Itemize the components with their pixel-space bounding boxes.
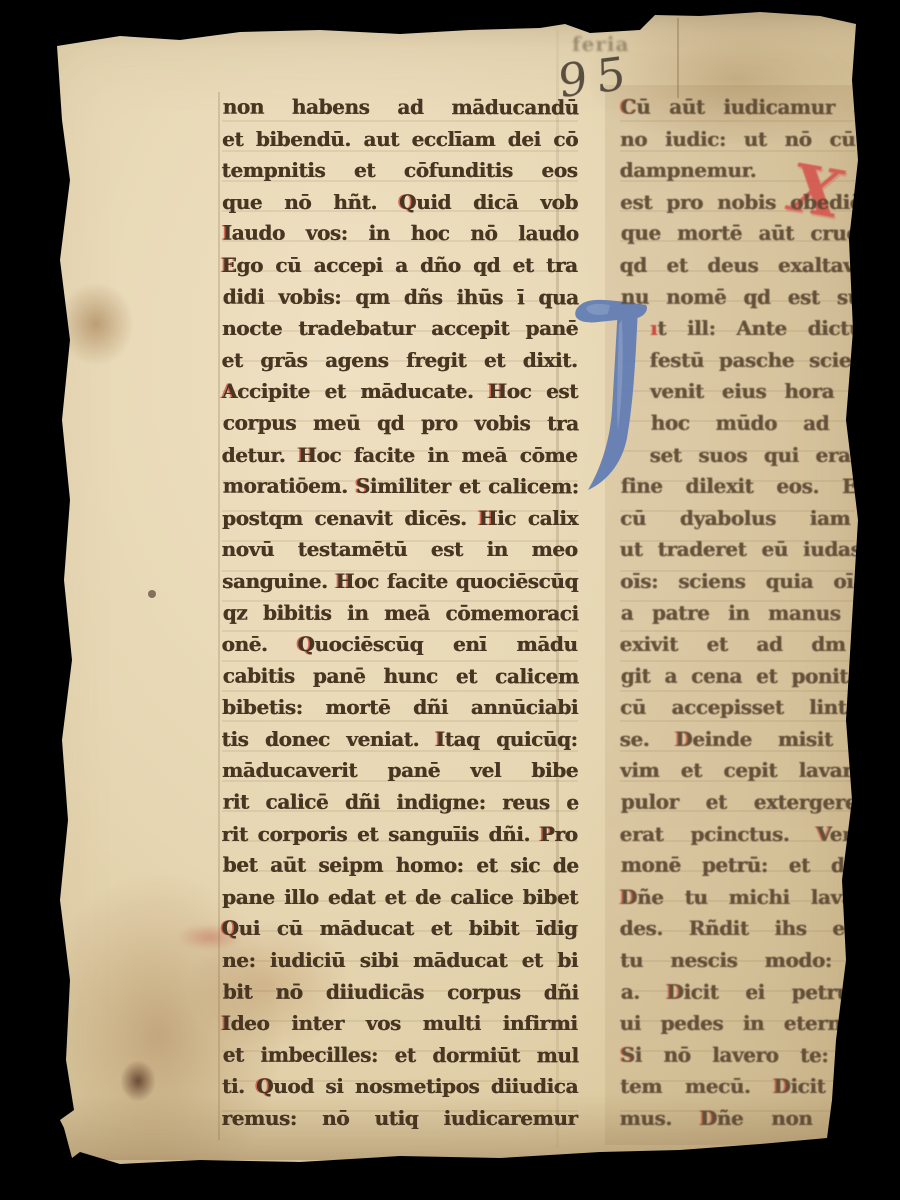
manuscript-text-line: a. Dicit ei petrus. N (621, 976, 900, 1008)
manuscript-text-line: tem mecū. Dicit ei Si (620, 1071, 900, 1103)
manuscript-text-line: Ideo inter vos multi infirmi (222, 1008, 578, 1040)
manuscript-text-line: mus. Dñe non tm p (620, 1103, 900, 1135)
manuscript-text-line: nu nomē qd est sup oī (621, 281, 900, 313)
manuscript-text-line: dampnemur. grad (620, 155, 900, 187)
manuscript-text-line: pulor et extergere lin (621, 787, 900, 819)
manuscript-text-line: pane illo edat et de calice bibet (222, 882, 578, 914)
manuscript-text-line: tempnitis et cōfunditis eos (222, 155, 578, 187)
manuscript-text-line: git a cena et ponit vesti (621, 660, 900, 692)
text-column-left: non habens ad māducandūet bibendū. aut e… (222, 92, 578, 1135)
manuscript-text-line: cabitis panē hunc et calicem (223, 660, 579, 692)
manuscript-text-line: didi vobis: qm dñs ihūs ī qua (223, 281, 579, 313)
manuscript-text-line: ut traderet eū iudas sca (620, 534, 900, 566)
manuscript-text-line: ui pedes in eternū. Rd (620, 1008, 900, 1040)
photograph-background: feria 95 X non habens ad māducandūet bib… (0, 0, 900, 1200)
manuscript-text-line: tis donec veniat. Itaq quicūq: (222, 724, 578, 756)
manuscript-text-line: Iaudo vos: in hoc nō laudo (223, 218, 579, 250)
dark-spot-stain (120, 1060, 156, 1102)
manuscript-text-line: corpus meū qd pro vobis tra (223, 408, 579, 440)
manuscript-text-line: ti. Quod si nosmetipos diiudica (222, 1071, 578, 1103)
manuscript-text-line: Qui cū māducat et bibit īdig (222, 913, 578, 945)
text-column-right: Cū aūt iudicamur a dñno iudic: ut nō cū … (620, 92, 900, 1135)
manuscript-text-line: set suos qui erant in (620, 440, 900, 472)
top-crease (677, 18, 679, 98)
manuscript-text-line: que mortē aūt crucis. p (621, 218, 900, 250)
manuscript-text-line: bet aūt seipm homo: et sic de (223, 850, 579, 882)
manuscript-leaf: feria 95 X non habens ad māducandūet bib… (0, 0, 900, 1200)
manuscript-text-line: que nō hñt. Quid dicā vob (222, 187, 578, 219)
manuscript-text-line: et bibendū. aut ecclīam dei cō (222, 124, 578, 156)
manuscript-text-line: erat pcinctus. Venit e (620, 819, 900, 851)
manuscript-text-line: non habens ad māducandū (223, 92, 579, 124)
left-edge-stain (58, 282, 134, 366)
manuscript-text-line: no iudic: ut nō cū hoc (620, 124, 900, 156)
manuscript-text-line: nocte tradebatur accepit panē (222, 313, 578, 345)
manuscript-text-line: ıt ill: Ante dictū Su (620, 313, 900, 345)
manuscript-text-line: des. Rñdit ihs et dix (620, 913, 900, 945)
manuscript-text-line: festū pasche sciens: q (620, 345, 900, 377)
small-ink-dot (148, 590, 156, 598)
manuscript-text-line: Ego cū accepi a dño qd et tra (222, 250, 578, 282)
manuscript-text-line: rit calicē dñi indigne: reus e (223, 787, 579, 819)
manuscript-text-line: qd et deus exaltavit ill (620, 250, 900, 282)
manuscript-text-line: qz bibitis in meā cōmemoraci (223, 597, 579, 629)
manuscript-text-line: se. Deinde misit aquā (620, 724, 900, 756)
left-margin-ruling (218, 92, 220, 1140)
manuscript-text-line: bibetis: mortē dñi annūciabi (222, 692, 578, 724)
manuscript-text-line: moratiōem. Similiter et calicem: (223, 471, 579, 503)
manuscript-text-line: fine dilexit eos. Et ce (621, 471, 900, 503)
manuscript-text-line: tu nescis modo: scies (620, 945, 900, 977)
manuscript-text-line: venit eius hora ut tr (620, 376, 900, 408)
manuscript-text-line: et imbecilles: et dormiūt mul (223, 1039, 579, 1071)
manuscript-text-line: detur. Hoc facite in meā cōme (222, 440, 578, 472)
manuscript-text-line: ne: iudiciū sibi māducat et bi (222, 945, 578, 977)
manuscript-text-line: Dñe tu michi lavas pe (620, 882, 900, 914)
manuscript-text-line: a patre in manus et q (621, 597, 900, 629)
manuscript-text-line: oīs: sciens quia oīa de (620, 566, 900, 598)
manuscript-text-line: sanguine. Hoc facite quociēscūq (222, 566, 578, 598)
manuscript-text-line: et grās agens fregit et dixit. (222, 345, 578, 377)
manuscript-text-line: rit corporis et sanguīis dñi. Pro (222, 819, 578, 851)
manuscript-text-line: Accipite et māducate. Hoc est (222, 376, 578, 408)
manuscript-text-line: novū testamētū est in meo (222, 534, 578, 566)
manuscript-text-line: māducaverit panē vel bibe (222, 755, 578, 787)
manuscript-text-line: hoc mūdo ad patrē (621, 408, 900, 440)
manuscript-text-line: monē petrū: et dicit e (621, 850, 900, 882)
manuscript-text-line: Si nō lavero te: nō h (621, 1040, 900, 1072)
manuscript-text-line: vim et cepit lavare pe (620, 755, 900, 787)
manuscript-text-line: remus: nō utiq iudicaremur (222, 1103, 578, 1135)
manuscript-text-line: bit nō diiudicās corpus dñi (223, 976, 579, 1008)
manuscript-text-line: Cū aūt iudicamur a dñ (621, 92, 900, 124)
manuscript-text-line: cū dyabolus iam mi (620, 503, 900, 535)
manuscript-text-line: est pro nobis obediēs us (620, 187, 900, 219)
manuscript-text-line: onē. Quociēscūq enī mādu (222, 629, 578, 661)
manuscript-text-line: postqm cenavit dicēs. Hic calix (222, 503, 578, 535)
manuscript-text-line: exivit et ad dm vad (620, 629, 900, 661)
manuscript-text-line: cū accepisset linteū p (620, 692, 900, 724)
